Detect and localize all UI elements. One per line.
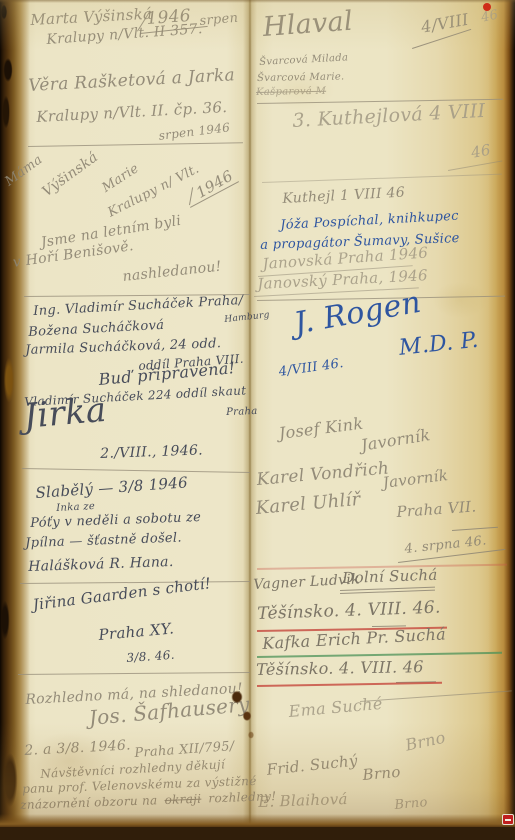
guestbook-scan: Marta Výšinská 1946 srpen Kralupy n/Vlt.… — [0, 0, 515, 840]
year-46-faint: 46 — [480, 8, 499, 24]
address-kralupy-2: Kralupy n/Vlt. II. čp. 36. — [36, 100, 228, 125]
signature-hlaval-large: Hlaval — [262, 8, 354, 41]
signature-karel-vondrich: Karel Vondřich — [256, 460, 390, 489]
signature-svarcova-milada: Švarcová Milada — [259, 53, 349, 68]
scan-bottom-border — [0, 827, 515, 840]
red-underline-2 — [257, 682, 442, 687]
signature-kuthejl: Kuthejl 1 VIII 46 — [282, 186, 405, 206]
signature-slabely: Slabělý — 3/8 1946 — [35, 475, 188, 501]
signature-karel-uhlir: Karel Uhlíř — [255, 491, 361, 518]
year-46-kuthejlova: 46 — [470, 143, 492, 161]
signature-kasparova-struck: Kašparová M — [256, 87, 326, 98]
signature-frid-suchy: Frid. Suchý — [266, 753, 358, 777]
motto-bud-pripravena: Buď připravena! — [98, 360, 236, 388]
underline-1946-diagonal-flourish — [189, 187, 193, 205]
entry-separator-line — [22, 468, 250, 473]
word-praha-small: Praha — [226, 407, 258, 418]
red-dot-mark — [483, 3, 491, 11]
book-right-edge — [488, 0, 515, 840]
date-2-a-3-8-1946: 2. a 3/8. 1946. — [24, 738, 131, 758]
signature-joza-pospichal: Jóža Pospíchal, knihkupec — [280, 210, 459, 232]
month-srpen: srpen — [199, 12, 239, 28]
date-srpen-1946: srpen 1946 — [158, 121, 231, 142]
address-praha-xy: Praha XY. — [98, 621, 175, 643]
book-bottom-edge — [0, 814, 515, 828]
minus-icon — [505, 819, 511, 821]
note-znazorneni-part1: znázornění obzoru na — [20, 793, 158, 812]
note-nashledanou: nashledanou! — [122, 260, 222, 284]
book-top-edge — [0, 0, 515, 3]
signature-ema-suche: Ema Suché — [288, 696, 383, 720]
watermark-badge — [502, 814, 514, 825]
place-brno-1: Brno — [404, 730, 447, 754]
signature-bozena-suchackova: Božena Sucháčková — [28, 319, 165, 339]
signature-jarmila-suchackova: Jarmila Sucháčková, 24 odd. — [25, 337, 221, 357]
date-3-8-46: 3/8. 46. — [126, 649, 175, 664]
place-praha-vii: Praha VII. — [396, 499, 477, 520]
signature-vysinska-diagonal: Výšinská — [40, 150, 100, 199]
date-4-viii-46-blue: 4/VIII 46. — [278, 357, 344, 379]
place-brno-3: Brno — [394, 796, 428, 812]
entry-separator-line — [262, 174, 502, 183]
note-inka: Inka ze — [56, 502, 95, 514]
entry-separator-line — [18, 672, 250, 675]
signature-jirka-large: Jirka — [22, 393, 108, 434]
place-javornik-2: Javorník — [382, 468, 449, 491]
note-stastne-dosel: Jpílna — šťastně došel. — [25, 532, 182, 550]
title-md-p: M.D. P. — [398, 330, 480, 360]
signature-blaihova: E. Blaihová — [258, 792, 348, 810]
note-znazorneni-struck-word: okraji — [164, 792, 201, 807]
place-tesinsko-2: Těšínsko. 4. VIII. 46 — [256, 659, 424, 678]
entry-separator-line — [28, 142, 243, 147]
place-dolni-sucha: Dolní Suchá — [342, 568, 438, 586]
date-2-viii-1946: 2./VIII., 1946. — [100, 443, 203, 461]
signature-kuthejlova: 3. Kuthejlová 4 VIII — [292, 102, 486, 131]
signature-ing-suchacek: Ing. Vladimír Sucháček Praha/ — [33, 294, 244, 318]
name-marie: Marie — [100, 162, 141, 195]
place-javornik-1: Javorník — [360, 427, 431, 454]
signature-josef-kink: Josef Kink — [278, 416, 364, 442]
signature-halaskova-hana: Halášková R. Hana. — [28, 555, 174, 574]
place-tesinsko-1: Těšínsko. 4. VIII. 46. — [257, 600, 441, 623]
signature-rogen-large: J. Rogen — [292, 288, 423, 340]
place-brno-2: Brno — [362, 765, 401, 783]
signature-vera-jarka: Věra Rašketová a Jarka — [28, 67, 235, 95]
signature-svarcova-marie: Švarcová Marie. — [257, 72, 345, 84]
